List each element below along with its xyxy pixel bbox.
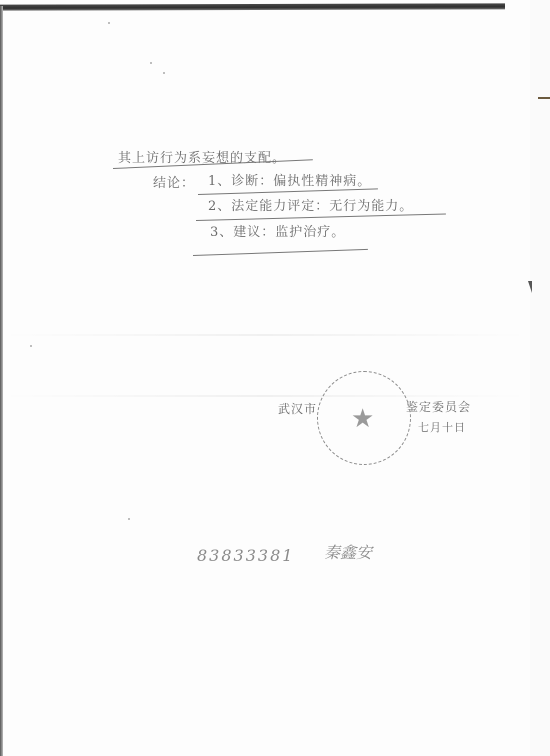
conclusion-label: 结论： [153,172,195,191]
issue-date: 七月十日 [418,419,466,435]
star-icon: ★ [351,404,374,434]
fold-line [0,395,530,397]
conclusion-item-2: 2、法定能力评定：无行为能力。 [208,195,413,214]
issuer-suffix: 鉴定委员会 [406,398,471,415]
underline [196,213,446,221]
handwritten-number: 83833381 [197,546,294,565]
page-top-edge [0,3,505,10]
handwritten-signature: 秦鑫安 [324,540,372,563]
conclusion-item-1: 1、诊断：偏执性精神病。 [208,170,371,189]
underline [193,249,368,256]
underline [198,188,378,195]
page-left-edge [0,6,3,756]
conclusion-item-3: 3、建议：监护治疗。 [210,221,345,240]
issuer-prefix: 武汉市 [278,400,317,417]
official-seal: ★ [317,371,411,465]
scanned-page: 其上访行为系妄想的支配。 结论： 1、诊断：偏执性精神病。 2、法定能力评定：无… [0,0,530,756]
scan-artifact [538,97,550,99]
fold-line [0,334,530,336]
scan-margin [530,0,550,756]
